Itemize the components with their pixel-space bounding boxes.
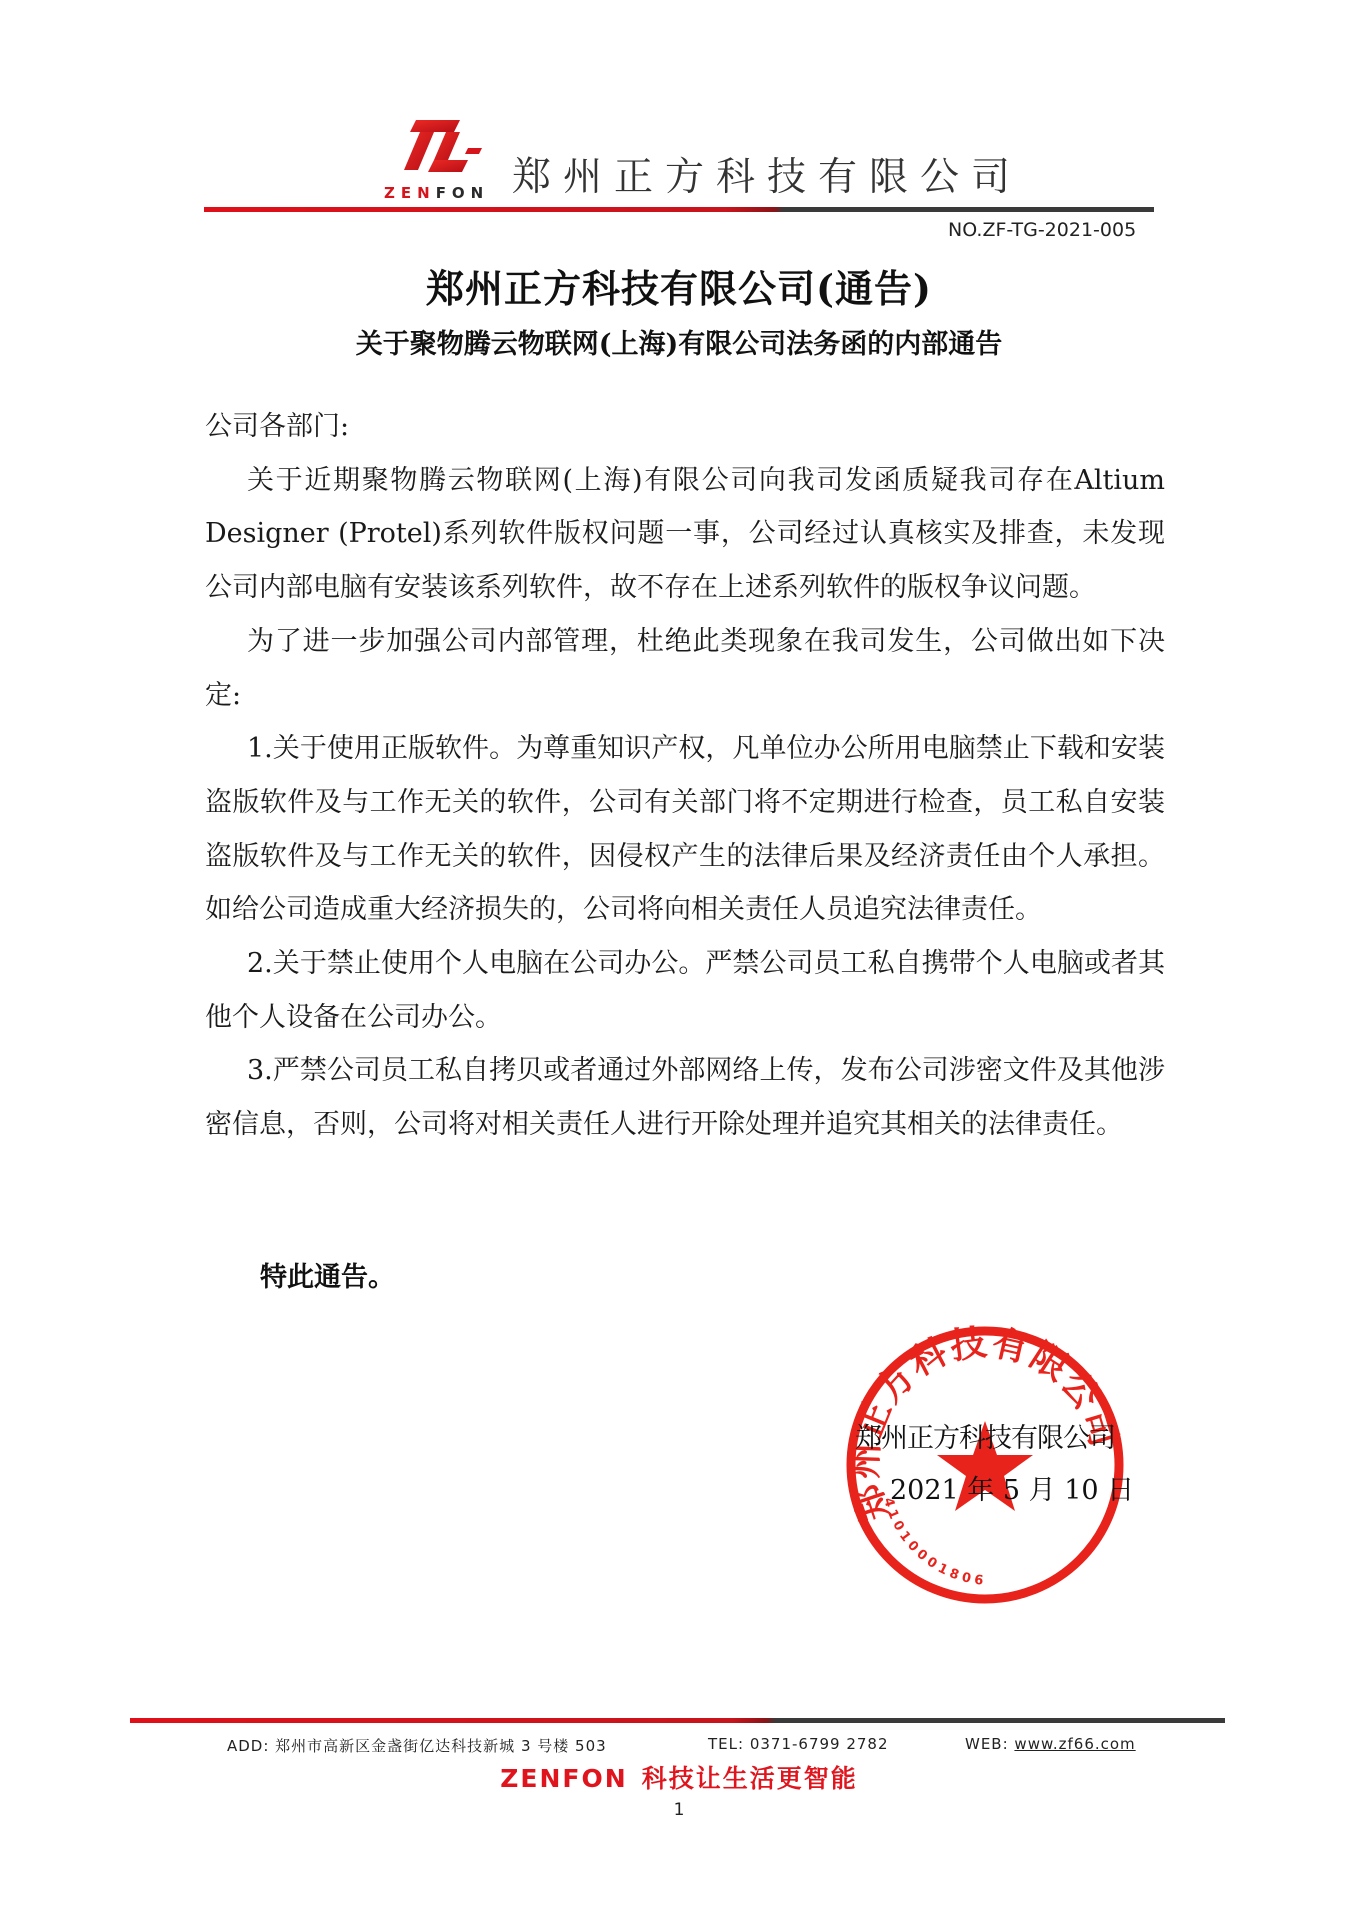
paragraph-rule-2: 2.关于禁止使用个人电脑在公司办公。严禁公司员工私自携带个人电脑或者其他个人设备… [205, 937, 1165, 1044]
signature-date: 2021 年 5 月 10 日 [890, 1468, 1134, 1507]
header-divider [204, 207, 1154, 212]
paragraph-background: 关于近期聚物腾云物联网(上海)有限公司向我司发函质疑我司存在Altium Des… [205, 454, 1165, 615]
closing-statement: 特此通告。 [260, 1255, 395, 1294]
notice-body: 公司各部门: 关于近期聚物腾云物联网(上海)有限公司向我司发函质疑我司存在Alt… [205, 400, 1165, 1152]
footer-address: ADD: 郑州市高新区金盏街亿达科技新城 3 号楼 503 [227, 1735, 607, 1756]
page-number: 1 [0, 1800, 1358, 1820]
paragraph-rule-3: 3.严禁公司员工私自拷贝或者通过外部网络上传，发布公司涉密文件及其他涉密信息，否… [205, 1044, 1165, 1151]
website-link[interactable]: www.zf66.com [1014, 1735, 1135, 1753]
paragraph-decision-intro: 为了进一步加强公司内部管理，杜绝此类现象在我司发生，公司做出如下决定: [205, 615, 1165, 722]
paragraph-rule-1: 1.关于使用正版软件。为尊重知识产权，凡单位办公所用电脑禁止下载和安装盗版软件及… [205, 722, 1165, 937]
letterhead-company-name: 郑州正方科技有限公司 [512, 146, 1022, 202]
footer-divider [130, 1718, 1225, 1723]
slogan-text: 科技让生活更智能 [642, 1764, 858, 1793]
footer-telephone: TEL: 0371-6799 2782 [708, 1735, 889, 1753]
slogan-brand: ZENFON [500, 1764, 627, 1793]
company-seal: 郑州正方科技有限公司 4101000180654 [843, 1323, 1127, 1607]
footer-slogan: ZENFON科技让生活更智能 [0, 1759, 1358, 1795]
document-title: 郑州正方科技有限公司(通告) [0, 258, 1358, 313]
footer-website: WEB: www.zf66.com [965, 1735, 1136, 1753]
signature-company: 郑州正方科技有限公司 [855, 1416, 1115, 1455]
seal-icon: 郑州正方科技有限公司 4101000180654 [843, 1323, 1127, 1607]
footer-web-label: WEB: [965, 1735, 1014, 1753]
logo-mark-icon [398, 118, 484, 184]
logo-wordmark: ZENFON [384, 184, 500, 202]
document-number: NO.ZF-TG-2021-005 [948, 219, 1136, 241]
salutation: 公司各部门: [205, 400, 1165, 454]
document-subtitle: 关于聚物腾云物联网(上海)有限公司法务函的内部通告 [0, 322, 1358, 361]
